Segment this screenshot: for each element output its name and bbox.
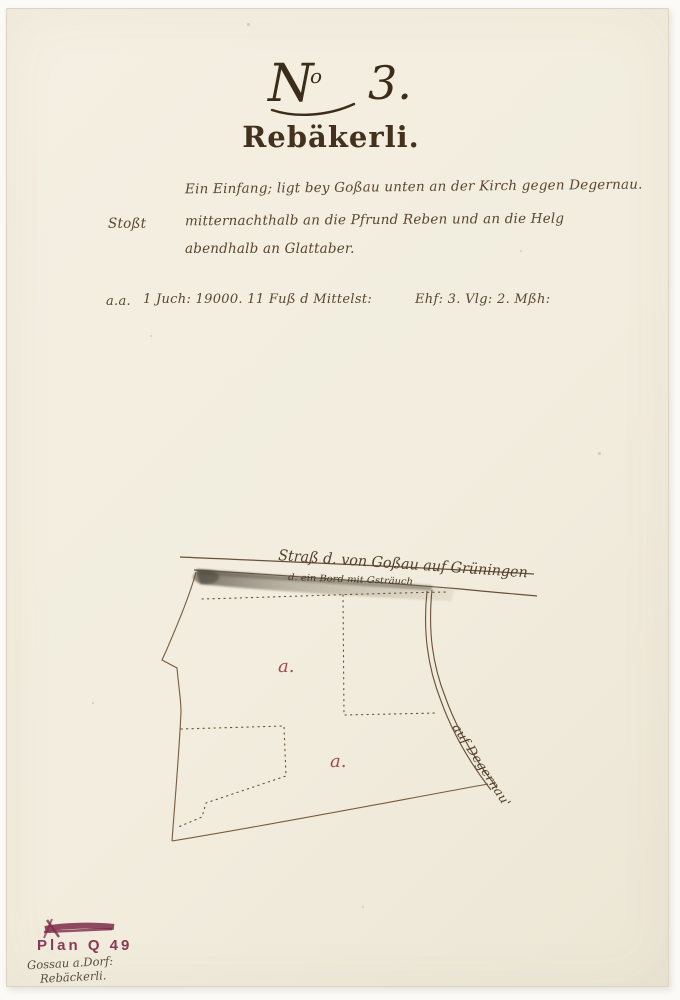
side-road-line-outer [431,590,497,788]
plan-number-stamp: Plan Q 49 [37,937,132,954]
parcel-map-drawing: a. a. Straß d. von Goßau auf Grüningen d… [0,0,680,1000]
plan-content: N o 3. Rebäkerli. Ein Einfang; ligt bey … [0,0,680,1000]
parcel-label-upper: a. [278,656,294,677]
parcel-boundary-bottom [172,784,488,841]
dotted-line-middle-vertical [343,595,344,715]
parcel-boundary-left [162,572,196,841]
stamp-strikethrough [44,919,114,938]
parcel-label-lower: a. [330,751,346,772]
side-road-label: auf Degernau' [449,721,513,809]
dotted-subparcel-outline [176,726,286,828]
scanned-plan-page: N o 3. Rebäkerli. Ein Einfang; ligt bey … [0,0,680,1000]
embankment-dark-spot [193,570,219,584]
dotted-line-middle-horizontal [345,713,438,715]
